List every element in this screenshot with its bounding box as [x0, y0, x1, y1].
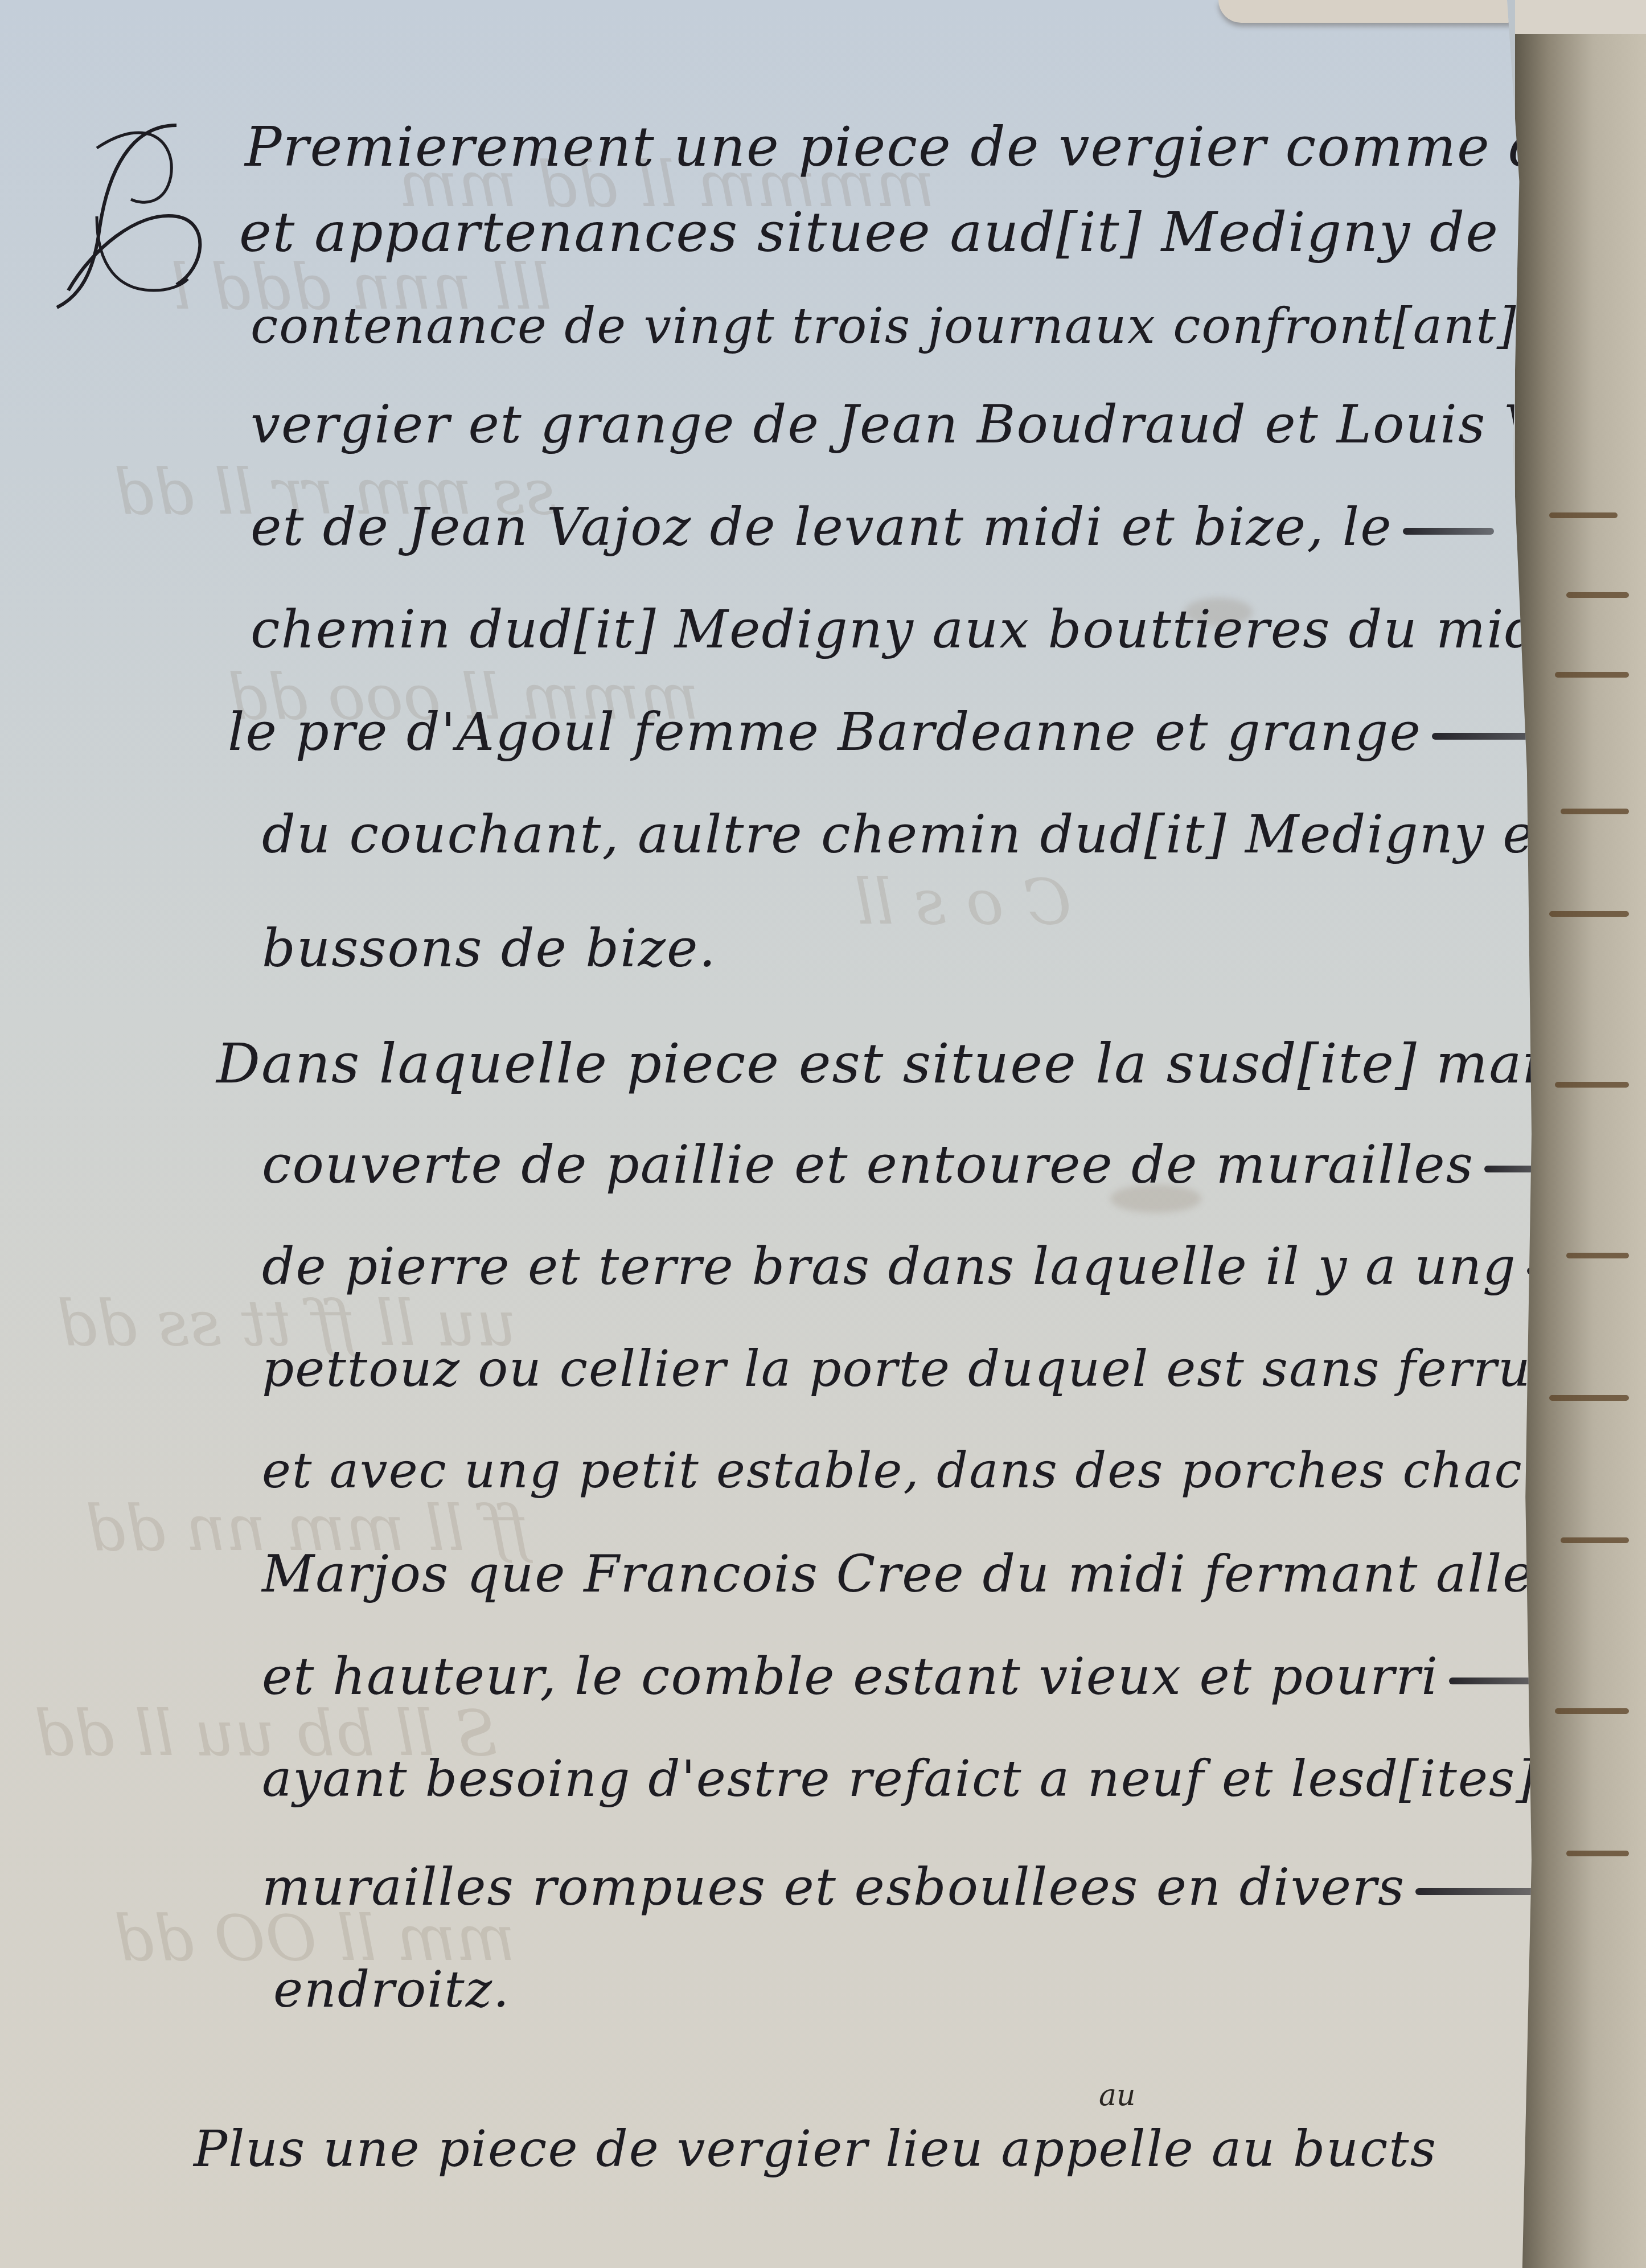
- manuscript-line-3: contenance de vingt trois journaux confr…: [251, 302, 1646, 351]
- underlying-ink-stroke: [1566, 1851, 1629, 1856]
- line-text: le pre d'Agoul femme Bardeanne et grange: [228, 702, 1422, 762]
- manuscript-line-8: du couchant, aultre chemin dud[it] Medig…: [262, 809, 1646, 861]
- manuscript-line-19: endroitz.: [273, 1964, 510, 2015]
- manuscript-line-12: de pierre et terre bras dans laquelle il…: [262, 1241, 1646, 1293]
- manuscript-photo: mmmm ll dd mm lll nnn ddd l ss mm rr ll …: [0, 0, 1646, 2268]
- underlying-page-top-edge: [1515, 0, 1646, 34]
- line-text: endroitz.: [273, 1960, 510, 2019]
- line-filler-stroke: [1403, 528, 1494, 535]
- manuscript-line-15: Marjos que Francois Cree du midi fermant…: [262, 1549, 1610, 1600]
- line-text: de pierre et terre bras dans laquelle il…: [262, 1237, 1517, 1297]
- manuscript-line-20: Plus une piece de vergier lieu appelle a…: [194, 2124, 1437, 2174]
- line-text: pettouz ou cellier la porte duquel est s…: [262, 1339, 1587, 1398]
- manuscript-line-1: Premierement une piece de vergier comme …: [245, 120, 1646, 174]
- manuscript-line-2: et appartenances situee aud[it] Medigny …: [239, 205, 1646, 260]
- manuscript-line-17: ayant besoing d'estre refaict a neuf et …: [262, 1754, 1646, 1804]
- line-text: et hauteur, le comble estant vieux et po…: [262, 1647, 1439, 1707]
- line-text: Premierement une piece de vergier comme …: [245, 115, 1646, 179]
- underlying-ink-stroke: [1555, 1708, 1629, 1714]
- underlying-ink-stroke: [1549, 1395, 1629, 1401]
- superscript-insertion: au: [1099, 2078, 1136, 2113]
- line-text: couverte de paillie et entouree de murai…: [262, 1134, 1474, 1195]
- underlying-ink-stroke: [1561, 1537, 1629, 1543]
- underlying-ink-stroke: [1566, 1253, 1629, 1258]
- line-text: et avec ung petit estable, dans des porc…: [262, 1442, 1588, 1499]
- manuscript-line-10: Dans laquelle piece est situee la susd[i…: [216, 1036, 1646, 1091]
- manuscript-line-7: le pre d'Agoul femme Bardeanne et grange: [228, 706, 1580, 758]
- torn-top-edge: [1218, 0, 1537, 23]
- line-text: du couchant, aultre chemin dud[it] Medig…: [262, 804, 1557, 865]
- underlying-ink-stroke: [1566, 592, 1629, 598]
- line-text: murailles rompues et esboullees en diver…: [262, 1857, 1405, 1917]
- line-text: Dans laquelle piece est situee la susd[i…: [216, 1032, 1641, 1096]
- line-text: contenance de vingt trois journaux confr…: [251, 298, 1646, 355]
- bleed-through-text: C o s ll: [854, 866, 1072, 938]
- line-text: et de Jean Vajoz de levant midi et bize,…: [251, 497, 1393, 557]
- underlying-ink-stroke: [1555, 1082, 1629, 1088]
- underlying-ink-stroke: [1561, 809, 1629, 814]
- manuscript-line-9: bussons de bize.: [262, 922, 717, 975]
- manuscript-line-14: et avec ung petit estable, dans des porc…: [262, 1446, 1646, 1495]
- underlying-ink-stroke: [1555, 672, 1629, 678]
- manuscript-line-5: et de Jean Vajoz de levant midi et bize,…: [251, 501, 1494, 553]
- manuscript-line-6: chemin dud[it] Medigny aux bouttieres du…: [251, 604, 1646, 656]
- underlying-page: [1515, 0, 1646, 2268]
- line-text: et appartenances situee aud[it] Medigny …: [239, 200, 1570, 264]
- manuscript-line-11: couverte de paillie et entouree de murai…: [262, 1139, 1564, 1191]
- manuscript-line-4: vergier et grange de Jean Boudraud et Lo…: [251, 399, 1646, 451]
- manuscript-page: mmmm ll dd mm lll nnn ddd l ss mm rr ll …: [0, 0, 1532, 2268]
- manuscript-line-18: murailles rompues et esboullees en diver…: [262, 1862, 1541, 1913]
- underlying-ink-stroke: [1549, 512, 1618, 518]
- manuscript-line-13: pettouz ou cellier la porte duquel est s…: [262, 1344, 1646, 1394]
- underlying-ink-stroke: [1549, 911, 1629, 917]
- line-filler-stroke: [1415, 1888, 1541, 1895]
- line-text: vergier et grange de Jean Boudraud et Lo…: [251, 394, 1634, 455]
- line-text: bussons de bize.: [262, 918, 717, 979]
- line-text: chemin dud[it] Medigny aux bouttieres du…: [251, 599, 1557, 660]
- line-text: Plus une piece de vergier lieu appelle a…: [194, 2119, 1437, 2178]
- line-text: ayant besoing d'estre refaict a neuf et …: [262, 1749, 1536, 1808]
- line-text: Marjos que Francois Cree du midi fermant…: [262, 1544, 1566, 1604]
- manuscript-line-16: et hauteur, le comble estant vieux et po…: [262, 1651, 1551, 1703]
- initial-p-flourish: [46, 102, 262, 319]
